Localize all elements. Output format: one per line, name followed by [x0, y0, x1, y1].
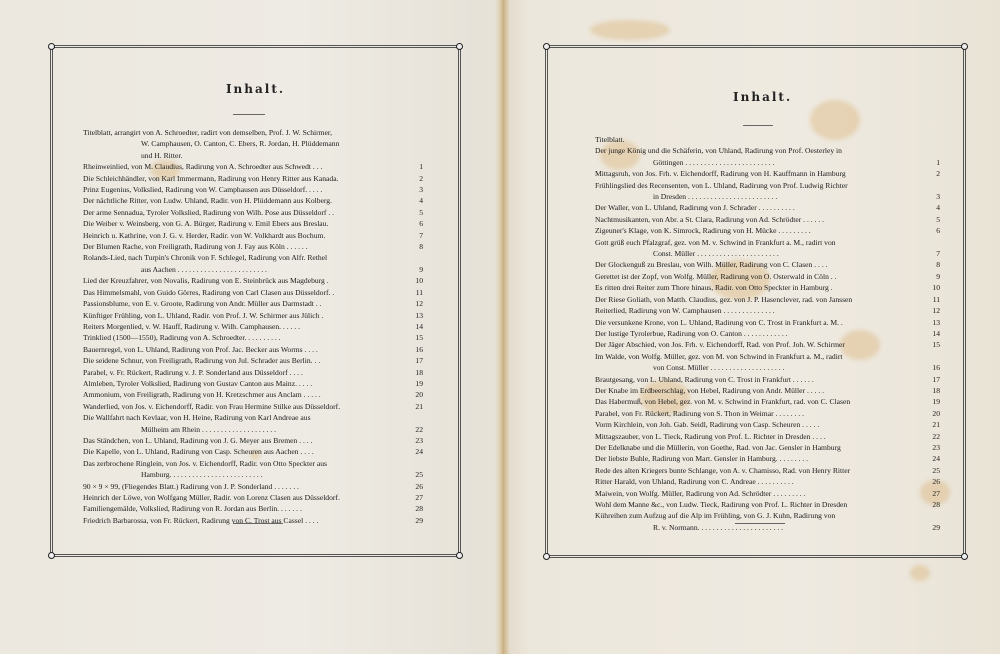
toc-entry-continuation: Const. Müller . . . . . . . . . . . . . …	[595, 248, 940, 259]
toc-entry: Wohl dem Manne &c., von Ludw. Tieck, Rad…	[595, 499, 940, 510]
toc-entry: Reiterlied, Radirung von W. Camphausen .…	[595, 305, 940, 316]
toc-entry-text: Der Knabe im Erdbeerschlag, von Hebel, R…	[595, 385, 918, 396]
toc-page-number	[918, 134, 940, 145]
toc-entry-text: von Const. Müller . . . . . . . . . . . …	[595, 362, 918, 373]
toc-page-number: 2	[401, 173, 423, 184]
toc-entry: Der Glockenguß zu Breslau, von Wilh. Mül…	[595, 259, 940, 270]
book-gutter	[495, 0, 509, 654]
toc-entry: Friedrich Barbarossa, von Fr. Rückert, R…	[83, 515, 423, 526]
toc-page-number: 12	[918, 305, 940, 316]
toc-page-number	[401, 458, 423, 469]
toc-page-number: 17	[401, 355, 423, 366]
toc-page-number: 19	[918, 396, 940, 407]
toc-entry-text: Brautgesang, von L. Uhland, Radirung von…	[595, 374, 918, 385]
toc-entry-text: 90 × 9 × 99, (Fliegendes Blatt.) Radirun…	[83, 481, 401, 492]
toc-entry: Passionsblume, von E. v. Groote, Radirun…	[83, 298, 423, 309]
toc-entry: Der Knabe im Erdbeerschlag, von Hebel, R…	[595, 385, 940, 396]
toc-entry-continuation: von Const. Müller . . . . . . . . . . . …	[595, 362, 940, 373]
toc-entry: Bauernregel, von L. Uhland, Radirung von…	[83, 344, 423, 355]
toc-entry-text: Ammonium, von Freiligrath, Radirung von …	[83, 389, 401, 400]
toc-entry: Frühlingslied des Recensenten, von L. Uh…	[595, 180, 940, 191]
left-page-frame: Inhalt. Titelblatt, arrangirt von A. Sch…	[50, 45, 461, 557]
toc-entry: Die versunkene Krone, von L. Uhland, Rad…	[595, 317, 940, 328]
toc-entry-text: Die Wallfahrt nach Kevlaar, von H. Heine…	[83, 412, 401, 423]
toc-entry-text: Trinklied (1500—1550), Radirung von A. S…	[83, 332, 401, 343]
toc-entry-text: Nachtmusikanten, von Abr. a St. Clara, R…	[595, 214, 918, 225]
toc-page-number: 28	[401, 503, 423, 514]
toc-entry: Parabel, v. Fr. Rückert, Radirung v. J. …	[83, 367, 423, 378]
toc-entry-text: Das Himmelsmahl, von Guido Görres, Radir…	[83, 287, 401, 298]
toc-entry: Vorm Kirchlein, von Joh. Gab. Seidl, Rad…	[595, 419, 940, 430]
toc-page-number: 26	[401, 481, 423, 492]
toc-entry: Rede des alten Kriegers bunte Schlange, …	[595, 465, 940, 476]
toc-entry-text: Die Schleichhändler, von Karl Immermann,…	[83, 173, 401, 184]
toc-entry-continuation: Mülheim am Rhein . . . . . . . . . . . .…	[83, 424, 423, 435]
toc-entry-text: Wanderlied, von Jos. v. Eichendorff, Rad…	[83, 401, 401, 412]
frame-corner-ornament	[961, 553, 968, 560]
toc-page-number: 5	[401, 207, 423, 218]
toc-entry-text: Das Ständchen, von L. Uhland, Radirung v…	[83, 435, 401, 446]
foxing-stain	[590, 20, 670, 40]
toc-entry: Kühreihen zum Aufzug auf die Alp im Früh…	[595, 510, 940, 521]
toc-entry-text: Const. Müller . . . . . . . . . . . . . …	[595, 248, 918, 259]
toc-page-number: 22	[918, 431, 940, 442]
toc-entry-text: Der Riese Goliath, von Matth. Claudius, …	[595, 294, 918, 305]
toc-entry-text: in Dresden . . . . . . . . . . . . . . .…	[595, 191, 918, 202]
title-rule	[743, 125, 773, 126]
toc-page-number: 18	[401, 367, 423, 378]
toc-page-number	[918, 145, 940, 156]
toc-page-number: 20	[918, 408, 940, 419]
toc-page-number	[401, 127, 423, 138]
toc-page-number: 7	[918, 248, 940, 259]
toc-entry-text: Die Weiber v. Weinsberg, von G. A. Bürge…	[83, 218, 401, 229]
toc-page-number	[401, 150, 423, 161]
toc-page-number	[401, 412, 423, 423]
toc-entry: Der Blumen Rache, von Freiligrath, Radir…	[83, 241, 423, 252]
toc-page-number	[918, 237, 940, 248]
toc-page-number: 13	[918, 317, 940, 328]
toc-page-number: 7	[401, 230, 423, 241]
frame-corner-ornament	[48, 43, 55, 50]
toc-page-number: 6	[918, 225, 940, 236]
toc-page-number: 25	[401, 469, 423, 480]
toc-entry: Der Edelknabe und die Müllerin, von Goet…	[595, 442, 940, 453]
toc-entry-text: Gott grüß euch Pfalzgraf, gez. von M. v.…	[595, 237, 918, 248]
toc-page-number: 20	[401, 389, 423, 400]
right-table-of-contents: Titelblatt.Der junge König und die Schäf…	[595, 134, 940, 533]
toc-entry: Reiters Morgenlied, v. W. Hauff, Radirun…	[83, 321, 423, 332]
toc-page-number: 16	[918, 362, 940, 373]
toc-page-number: 17	[918, 374, 940, 385]
toc-page-number: 4	[918, 202, 940, 213]
toc-page-number: 29	[918, 522, 940, 533]
toc-entry: 90 × 9 × 99, (Fliegendes Blatt.) Radirun…	[83, 481, 423, 492]
toc-entry: Titelblatt, arrangirt von A. Schroedter,…	[83, 127, 423, 138]
toc-entry: Künftiger Frühling, von L. Uhland, Radir…	[83, 310, 423, 321]
toc-entry: Gerettet ist der Zopf, von Wolfg. Müller…	[595, 271, 940, 282]
toc-page-number: 15	[401, 332, 423, 343]
toc-page-number: 18	[918, 385, 940, 396]
toc-page-number: 13	[401, 310, 423, 321]
toc-entry-text: Der Blumen Rache, von Freiligrath, Radir…	[83, 241, 401, 252]
toc-entry-text: Hamburg. . . . . . . . . . . . . . . . .…	[83, 469, 401, 480]
toc-entry-text: Heinrich der Löwe, von Wolfgang Müller, …	[83, 492, 401, 503]
toc-entry: Familiengemälde, Volkslied, Radirung von…	[83, 503, 423, 514]
toc-entry-text: Titelblatt.	[595, 134, 918, 145]
frame-corner-ornament	[961, 43, 968, 50]
toc-entry: Ammonium, von Freiligrath, Radirung von …	[83, 389, 423, 400]
toc-entry: Die Schleichhändler, von Karl Immermann,…	[83, 173, 423, 184]
toc-entry-text: Kühreihen zum Aufzug auf die Alp im Früh…	[595, 510, 918, 521]
toc-entry: Der nächtliche Ritter, von Ludw. Uhland,…	[83, 195, 423, 206]
toc-entry: Heinrich u. Kathrine, von J. G. v. Herde…	[83, 230, 423, 241]
toc-entry-text: Künftiger Frühling, von L. Uhland, Radir…	[83, 310, 401, 321]
toc-page-number: 22	[401, 424, 423, 435]
toc-entry: Gott grüß euch Pfalzgraf, gez. von M. v.…	[595, 237, 940, 248]
toc-entry: Die Weiber v. Weinsberg, von G. A. Bürge…	[83, 218, 423, 229]
toc-page-number: 23	[918, 442, 940, 453]
toc-entry-text: Der nächtliche Ritter, von Ludw. Uhland,…	[83, 195, 401, 206]
toc-entry-text: Mittagszauber, von L. Tieck, Radirung vo…	[595, 431, 918, 442]
toc-entry: Der liebste Buhle, Radirung von Mart. Ge…	[595, 453, 940, 464]
toc-entry-text: Ritter Harald, von Uhland, Radirung von …	[595, 476, 918, 487]
toc-entry-text: Der lustige Tyrolerbue, Radirung von O. …	[595, 328, 918, 339]
toc-page-number: 27	[401, 492, 423, 503]
toc-entry: Almleben, Tyroler Volkslied, Radirung vo…	[83, 378, 423, 389]
toc-entry-continuation: und H. Ritter.	[83, 150, 423, 161]
toc-entry-text: Die versunkene Krone, von L. Uhland, Rad…	[595, 317, 918, 328]
toc-entry: Der Waller, von L. Uhland, Radirung von …	[595, 202, 940, 213]
right-page-title: Inhalt.	[733, 90, 792, 104]
toc-entry-text: Almleben, Tyroler Volkslied, Radirung vo…	[83, 378, 401, 389]
frame-corner-ornament	[543, 43, 550, 50]
toc-entry: Die Kapelle, von L. Uhland, Radirung von…	[83, 446, 423, 457]
toc-entry: Ritter Harald, von Uhland, Radirung von …	[595, 476, 940, 487]
toc-page-number: 10	[918, 282, 940, 293]
toc-entry-text: Heinrich u. Kathrine, von J. G. v. Herde…	[83, 230, 401, 241]
toc-page-number: 24	[401, 446, 423, 457]
toc-entry: Der Riese Goliath, von Matth. Claudius, …	[595, 294, 940, 305]
frame-corner-ornament	[543, 553, 550, 560]
toc-entry-text: Der Jäger Abschied, von Jos. Frh. v. Eic…	[595, 339, 918, 350]
toc-page-number: 28	[918, 499, 940, 510]
frame-corner-ornament	[456, 552, 463, 559]
toc-entry-text: W. Camphausen, O. Canton, C. Ebers, R. J…	[83, 138, 401, 149]
foxing-stain	[910, 565, 930, 581]
toc-page-number: 11	[918, 294, 940, 305]
toc-entry-text: Rolands-Lied, nach Turpin's Chronik von …	[83, 252, 401, 263]
toc-page-number: 1	[401, 161, 423, 172]
toc-page-number	[401, 138, 423, 149]
toc-entry-text: aus Aachen . . . . . . . . . . . . . . .…	[83, 264, 401, 275]
toc-entry: Das Himmelsmahl, von Guido Görres, Radir…	[83, 287, 423, 298]
left-page-title: Inhalt.	[53, 82, 458, 96]
toc-entry-text: Der Edelknabe und die Müllerin, von Goet…	[595, 442, 918, 453]
frame-corner-ornament	[456, 43, 463, 50]
toc-page-number: 12	[401, 298, 423, 309]
toc-page-number: 4	[401, 195, 423, 206]
toc-entry: Die seidene Schnur, von Freiligrath, Rad…	[83, 355, 423, 366]
toc-entry: Titelblatt.	[595, 134, 940, 145]
toc-page-number	[918, 351, 940, 362]
toc-page-number: 23	[401, 435, 423, 446]
toc-page-number: 29	[401, 515, 423, 526]
toc-entry: Nachtmusikanten, von Abr. a St. Clara, R…	[595, 214, 940, 225]
toc-page-number	[401, 252, 423, 263]
toc-page-number: 8	[918, 259, 940, 270]
toc-entry: Es ritten drei Reiter zum Thore hinaus, …	[595, 282, 940, 293]
toc-page-number: 9	[918, 271, 940, 282]
toc-page-number: 19	[401, 378, 423, 389]
toc-entry: Rheinweinlied, von M. Claudius, Radirung…	[83, 161, 423, 172]
toc-entry: Maiwein, von Wolfg. Müller, Radirung von…	[595, 488, 940, 499]
toc-entry-text: Im Walde, von Wolfg. Müller, gez. von M.…	[595, 351, 918, 362]
toc-entry-continuation: in Dresden . . . . . . . . . . . . . . .…	[595, 191, 940, 202]
toc-page-number: 15	[918, 339, 940, 350]
toc-page-number: 24	[918, 453, 940, 464]
end-rule	[735, 523, 785, 524]
toc-entry-text: Friedrich Barbarossa, von Fr. Rückert, R…	[83, 515, 401, 526]
toc-entry-text: Das zerbrochene Ringlein, von Jos. v. Ei…	[83, 458, 401, 469]
toc-entry: Lied der Kreuzfahrer, von Novalis, Radir…	[83, 275, 423, 286]
toc-entry-text: Gerettet ist der Zopf, von Wolfg. Müller…	[595, 271, 918, 282]
toc-page-number: 21	[401, 401, 423, 412]
toc-entry: Mittagszauber, von L. Tieck, Radirung vo…	[595, 431, 940, 442]
toc-page-number: 25	[918, 465, 940, 476]
toc-page-number	[918, 510, 940, 521]
toc-entry: Heinrich der Löwe, von Wolfgang Müller, …	[83, 492, 423, 503]
toc-entry-continuation: W. Camphausen, O. Canton, C. Ebers, R. J…	[83, 138, 423, 149]
toc-entry-text: Der Glockenguß zu Breslau, von Wilh. Mül…	[595, 259, 918, 270]
toc-page-number: 8	[401, 241, 423, 252]
left-table-of-contents: Titelblatt, arrangirt von A. Schroedter,…	[83, 127, 423, 526]
toc-entry-text: Das Habermuß, von Hebel, gez. von M. v. …	[595, 396, 918, 407]
toc-entry: Der junge König und die Schäferin, von U…	[595, 145, 940, 156]
toc-entry-text: Der junge König und die Schäferin, von U…	[595, 145, 918, 156]
toc-entry-text: Der Waller, von L. Uhland, Radirung von …	[595, 202, 918, 213]
toc-entry-text: Parabel, von Fr. Rückert, Radirung von S…	[595, 408, 918, 419]
toc-entry-text: Rheinweinlied, von M. Claudius, Radirung…	[83, 161, 401, 172]
toc-entry-text: Der liebste Buhle, Radirung von Mart. Ge…	[595, 453, 918, 464]
toc-entry-text: Prinz Eugenius, Volkslied, Radirung von …	[83, 184, 401, 195]
toc-entry: Prinz Eugenius, Volkslied, Radirung von …	[83, 184, 423, 195]
right-page-frame: Inhalt. Titelblatt.Der junge König und d…	[545, 45, 966, 558]
toc-entry-text: und H. Ritter.	[83, 150, 401, 161]
toc-page-number: 9	[401, 264, 423, 275]
toc-entry-text: Maiwein, von Wolfg. Müller, Radirung von…	[595, 488, 918, 499]
toc-page-number: 6	[401, 218, 423, 229]
toc-page-number: 14	[401, 321, 423, 332]
toc-entry: Das Ständchen, von L. Uhland, Radirung v…	[83, 435, 423, 446]
toc-entry-continuation: Hamburg. . . . . . . . . . . . . . . . .…	[83, 469, 423, 480]
toc-page-number: 21	[918, 419, 940, 430]
toc-entry-text: Vorm Kirchlein, von Joh. Gab. Seidl, Rad…	[595, 419, 918, 430]
toc-entry: Die Wallfahrt nach Kevlaar, von H. Heine…	[83, 412, 423, 423]
toc-entry: Parabel, von Fr. Rückert, Radirung von S…	[595, 408, 940, 419]
toc-page-number: 2	[918, 168, 940, 179]
toc-page-number: 26	[918, 476, 940, 487]
toc-entry-text: Bauernregel, von L. Uhland, Radirung von…	[83, 344, 401, 355]
toc-entry-text: Rede des alten Kriegers bunte Schlange, …	[595, 465, 918, 476]
toc-page-number: 10	[401, 275, 423, 286]
toc-entry-text: Mittagsruh, von Jos. Frh. v. Eichendorff…	[595, 168, 918, 179]
toc-entry-text: Passionsblume, von E. v. Groote, Radirun…	[83, 298, 401, 309]
toc-entry-text: Die Kapelle, von L. Uhland, Radirung von…	[83, 446, 401, 457]
toc-entry: Der arme Sennadua, Tyroler Volkslied, Ra…	[83, 207, 423, 218]
toc-page-number: 14	[918, 328, 940, 339]
end-rule	[233, 523, 283, 524]
title-rule	[233, 114, 265, 115]
toc-entry-text: Frühlingslied des Recensenten, von L. Uh…	[595, 180, 918, 191]
toc-entry: Der Jäger Abschied, von Jos. Frh. v. Eic…	[595, 339, 940, 350]
toc-entry: Trinklied (1500—1550), Radirung von A. S…	[83, 332, 423, 343]
toc-entry-text: Mülheim am Rhein . . . . . . . . . . . .…	[83, 424, 401, 435]
toc-entry-text: Titelblatt, arrangirt von A. Schroedter,…	[83, 127, 401, 138]
toc-page-number: 5	[918, 214, 940, 225]
toc-entry-continuation: aus Aachen . . . . . . . . . . . . . . .…	[83, 264, 423, 275]
toc-page-number: 3	[401, 184, 423, 195]
toc-page-number: 1	[918, 157, 940, 168]
toc-entry-text: Wohl dem Manne &c., von Ludw. Tieck, Rad…	[595, 499, 918, 510]
toc-entry-text: Der arme Sennadua, Tyroler Volkslied, Ra…	[83, 207, 401, 218]
toc-entry-text: Parabel, v. Fr. Rückert, Radirung v. J. …	[83, 367, 401, 378]
toc-page-number: 3	[918, 191, 940, 202]
toc-entry: Das zerbrochene Ringlein, von Jos. v. Ei…	[83, 458, 423, 469]
toc-entry: Mittagsruh, von Jos. Frh. v. Eichendorff…	[595, 168, 940, 179]
toc-entry: Rolands-Lied, nach Turpin's Chronik von …	[83, 252, 423, 263]
toc-entry-text: Reiterlied, Radirung von W. Camphausen .…	[595, 305, 918, 316]
toc-page-number: 11	[401, 287, 423, 298]
toc-entry-text: Zigeuner's Klage, von K. Simrock, Radiru…	[595, 225, 918, 236]
toc-entry: Der lustige Tyrolerbue, Radirung von O. …	[595, 328, 940, 339]
toc-entry: Das Habermuß, von Hebel, gez. von M. v. …	[595, 396, 940, 407]
toc-entry-text: Die seidene Schnur, von Freiligrath, Rad…	[83, 355, 401, 366]
toc-entry-text: Lied der Kreuzfahrer, von Novalis, Radir…	[83, 275, 401, 286]
toc-page-number: 27	[918, 488, 940, 499]
toc-page-number	[918, 180, 940, 191]
toc-entry-text: Familiengemälde, Volkslied, Radirung von…	[83, 503, 401, 514]
toc-entry: Brautgesang, von L. Uhland, Radirung von…	[595, 374, 940, 385]
toc-entry: Wanderlied, von Jos. v. Eichendorff, Rad…	[83, 401, 423, 412]
toc-entry-text: Göttingen . . . . . . . . . . . . . . . …	[595, 157, 918, 168]
toc-entry: Im Walde, von Wolfg. Müller, gez. von M.…	[595, 351, 940, 362]
toc-entry: Zigeuner's Klage, von K. Simrock, Radiru…	[595, 225, 940, 236]
toc-entry-continuation: Göttingen . . . . . . . . . . . . . . . …	[595, 157, 940, 168]
toc-entry-text: Es ritten drei Reiter zum Thore hinaus, …	[595, 282, 918, 293]
frame-corner-ornament	[48, 552, 55, 559]
toc-entry-text: Reiters Morgenlied, v. W. Hauff, Radirun…	[83, 321, 401, 332]
toc-page-number: 16	[401, 344, 423, 355]
